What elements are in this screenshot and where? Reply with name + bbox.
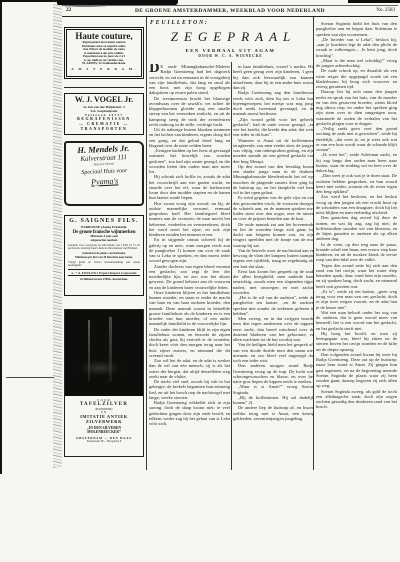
paragraph: Daarop liet hij zich naast den jongen ne… bbox=[316, 89, 397, 126]
column-rule bbox=[231, 62, 232, 470]
story-column-1: DE oude Minangkabausche-Maleier Radja Go… bbox=[149, 64, 230, 468]
ad-mendels-pyamas: H. Mendels Jr. Kalverstraat 111 Amsterda… bbox=[64, 141, 144, 206]
paragraph: Wat een man belooft onder het oog van de… bbox=[316, 310, 397, 331]
ad-body: Représentant de la haute coutureParisien… bbox=[70, 41, 138, 66]
ad-service-line: TRANSPORTEN bbox=[67, 127, 141, 132]
paragraph: „Waar is si Amat?” vroeg Soetan Soginda. bbox=[233, 384, 314, 395]
paragraph: De nacht viel snel, zooals hij valt in h… bbox=[149, 379, 230, 400]
paragraph: Men zweeg, en in dat zwijgen hoorde men … bbox=[233, 316, 314, 342]
ad-product2b: ZILVERWERK bbox=[67, 419, 141, 424]
feuilleton-header: FEUILLETON: ZEGEPRAAL EEN VERHAAL UIT AG… bbox=[149, 20, 312, 62]
lead-text: E oude Minangkabausche-Maleier Radja Goe… bbox=[149, 64, 230, 95]
paragraph: De oude schrok op, en dwaalde als een wi… bbox=[316, 68, 397, 89]
paragraph: Op den avond van den feestdag kwam een s… bbox=[233, 164, 314, 196]
story-byline: DOOR W. C. A. WIENECKE bbox=[149, 54, 312, 58]
paragraph: Den ganschen dag zwierf hij door de tuin… bbox=[316, 215, 397, 241]
paragraph: De andere liep de huistrap af, en kwam w… bbox=[233, 405, 314, 421]
paragraph: Zonder dochters van eigen bloed verarmt … bbox=[149, 264, 230, 290]
ad-haute-couture: Haute couture, Représentant de la haute … bbox=[64, 27, 144, 79]
ad-addresses: Kalverstraat 38 — Hoogstraat 9 bbox=[67, 440, 141, 443]
ad-vogel-begrafenissen: W. J. VOGEL Jr. 2e Jan van der Heijdenst… bbox=[64, 93, 144, 135]
ad-shop-name2: MOLENBEECKER” bbox=[67, 430, 141, 434]
paragraph: Eerst laat kwam het gesprek op de zaak d… bbox=[233, 269, 314, 295]
ads-divider-rule bbox=[64, 87, 144, 88]
newspaper-page-scan: 22 DE GROENE AMSTERDAMMER, WEEKBLAD VOOR… bbox=[0, 0, 400, 562]
drop-cap: D bbox=[149, 64, 160, 74]
column-paragraphs: in haar familiehuis, vooral 's nachts. H… bbox=[233, 64, 314, 421]
paragraph: Den volgenden avond kwam hij weer bij Ra… bbox=[316, 352, 397, 389]
paragraph: De vader der kinderen blijft in zijn eig… bbox=[149, 327, 230, 359]
paragraph: Radja Goentoeng wikkelde zich in zijn sa… bbox=[149, 400, 230, 426]
paragraph: Wanneer si Amat uit de koffietuinen teru… bbox=[233, 138, 314, 164]
paragraph: Van de heuvels woei de nachtwind aan en … bbox=[233, 248, 314, 269]
paragraph: De westmoesson bracht het blauwige avond… bbox=[149, 96, 230, 128]
paragraph: „Veilig raakt geen voet den grond zoolan… bbox=[316, 126, 397, 152]
ad-city: A M S T E R D A M. bbox=[70, 67, 138, 71]
paragraph: „Eenigen hadden op het feest al gevraagd… bbox=[149, 148, 230, 174]
feuilleton-rubric: FEUILLETON: bbox=[150, 20, 209, 26]
paragraph: En in stijgende onrust schreed hij de ga… bbox=[149, 237, 230, 263]
paragraph: „Bij de koffietuinen. Hij zal dadelijk k… bbox=[233, 395, 314, 406]
ad-zilverwerk: VOOR TAFELZILVER (HANDWERK) EN IMITATIE … bbox=[64, 309, 144, 457]
paragraph: Den anderen morgen stond Radja Goentoeng… bbox=[233, 363, 314, 384]
masthead: DE GROENE AMSTERDAMMER, WEEKBLAD VOOR NE… bbox=[62, 8, 398, 14]
header-rule-bottom bbox=[62, 16, 398, 17]
photo-glow bbox=[79, 360, 121, 376]
ad-company-name: G. SAIGNES FILS. bbox=[68, 218, 140, 225]
paragraph: „Dan weet je ook wat je te doen staat. D… bbox=[316, 173, 397, 194]
story-subtitle: EEN VERHAAL UIT AGAM bbox=[149, 48, 312, 53]
ad-agent: L. + A. FOULON's Export-Import Corporati… bbox=[68, 269, 140, 276]
candlestick-photo bbox=[65, 310, 143, 396]
scan-margin-mark bbox=[6, 377, 54, 378]
ad-body-text4: Vraagt gratis en franco monsterzending a… bbox=[68, 261, 140, 268]
ad-agent-address: 2e Helmersstraat 278bis, Amsterdam. bbox=[68, 277, 140, 281]
ad-place: NARBONNE (Aude) Frankrijk. bbox=[68, 225, 140, 229]
paragraph: Hoe zwaar woog zijn woord, nu hij, de ou… bbox=[149, 201, 230, 238]
paragraph: „Maar is die man wel schuldig?” vroeg de… bbox=[316, 58, 397, 69]
paragraph: Van de heiligen hield men het gesprek af… bbox=[233, 342, 314, 363]
paragraph: Soetan Soginda zweeg, als gold de tocht … bbox=[316, 389, 397, 410]
ad-saignes-wijnen: G. SAIGNES FILS. NARBONNE (Aude) Frankri… bbox=[64, 215, 144, 296]
ad-services: BEGRAFENISSEN— CREMATIE —TRANSPORTEN bbox=[67, 117, 141, 131]
paragraph: „Er is”, zeide zij ten laatste, „geen we… bbox=[316, 289, 397, 310]
story-title: ZEGEPRAAL bbox=[149, 29, 312, 45]
scan-gutter-band bbox=[53, 0, 62, 468]
paragraph: Hij boog het hoofd, en toen zij heengega… bbox=[316, 331, 397, 352]
paragraph: De oude mamak zat aan het boveneinde en … bbox=[233, 222, 314, 248]
scan-corner-sliver bbox=[348, 0, 400, 3]
ad-company-name: W. J. VOGEL Jr. bbox=[67, 96, 141, 105]
paragraph: Er werd gegeten van de gele rijst en van… bbox=[233, 195, 314, 221]
paragraph: „De broeder van si Leka”, besloot hij, „… bbox=[316, 37, 397, 58]
ad-haute-couture-frame: Haute couture, Représentant de la haute … bbox=[66, 29, 142, 77]
ad-product: Pyama's bbox=[69, 175, 141, 187]
ad-text-block: VOOR TAFELZILVER (HANDWERK) EN IMITATIE … bbox=[65, 396, 143, 444]
paragraph: Soetan Soginda hield het huis van den pa… bbox=[316, 21, 397, 37]
paragraph: „Zijn woord geldt voor het geheele gesla… bbox=[233, 117, 314, 138]
story-column-3: Soetan Soginda hield het huis van den pa… bbox=[316, 21, 397, 470]
paragraph: In de verte, op den weg naar de pasar, k… bbox=[316, 242, 397, 263]
ad-script-block: H. Mendels Jr. Kalverstraat 111 Amsterda… bbox=[67, 143, 141, 187]
paragraph: Hij schonk zich koffie in, zooals de ada… bbox=[149, 174, 230, 200]
ad-body-text3: Minimum per kist van 30 flesschen naar k… bbox=[68, 256, 140, 259]
column-rule bbox=[146, 17, 147, 470]
lead-paragraph: DE oude Minangkabausche-Maleier Radja Go… bbox=[149, 64, 230, 96]
paragraph: Radja Goentoeng zag den familieraad reed… bbox=[233, 90, 314, 116]
paragraph: Onze kinderen blijven in het familiehuis… bbox=[149, 290, 230, 327]
scan-edge-line bbox=[0, 0, 2, 474]
paragraph: in haar familiehuis, vooral 's nachts. H… bbox=[233, 64, 314, 90]
ad-body-text: Garantie voor oorsprong en zuiverheid, v… bbox=[68, 244, 140, 251]
scan-top-frame bbox=[0, 0, 58, 2]
column-paragraphs: Soetan Soginda hield het huis van den pa… bbox=[316, 21, 397, 410]
paragraph: Zoo werd het besloten, en het besluit wo… bbox=[316, 194, 397, 215]
header-rule-top bbox=[62, 5, 398, 6]
column-paragraphs: De westmoesson bracht het blauwige avond… bbox=[149, 96, 230, 427]
story-column-2: in haar familiehuis, vooral 's nachts. H… bbox=[233, 64, 314, 468]
ad-body-line: M. ARONS, 52 Stadhouderskade. bbox=[70, 62, 138, 66]
paragraph: Zoo wil het de adat, en de adat is sterk… bbox=[149, 358, 230, 379]
paragraph: „Ik weet het”, zeide Soleiman zacht, en … bbox=[316, 152, 397, 173]
paragraph: „Het is de wil van de oudsten”, zeide de… bbox=[233, 295, 314, 316]
paragraph: Uit de naburige huizen klonken stemmen e… bbox=[149, 127, 230, 148]
paragraph: Tegen den avond zette hij zich aan den r… bbox=[316, 263, 397, 289]
issue-number: No. 2583 bbox=[376, 8, 395, 13]
